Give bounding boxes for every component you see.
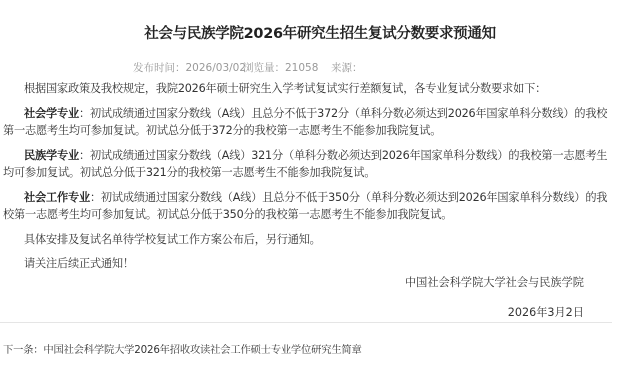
publish-date-value: 2026/03/02 [186, 62, 247, 74]
next-title[interactable]: 中国社会科学院大学2026年招收攻读社会工作硕士专业学位研究生简章 [43, 344, 361, 356]
divider [0, 322, 612, 323]
publish-date: 发布时间：2026/03/02 [133, 60, 246, 75]
major-paragraph-sociology: 社会学专业：初试成绩通过国家分数线（A线）且总分不低于372分（单科分数必须达到… [3, 105, 609, 140]
article-title: 社会与民族学院2026年研究生招生复试分数要求预通知 [0, 22, 640, 43]
views-label: 浏览量： [243, 62, 285, 74]
major-text: ：初试成绩通过国家分数线（A线）且总分不低于372分（单科分数必须达到2026年… [3, 107, 607, 138]
next-label: 下一条： [3, 344, 43, 356]
closing-paragraph: 请关注后续正式通知！ [3, 255, 609, 273]
article-body: 根据国家政策及我校规定，我院2026年硕士研究生入学考试复试实行差额复试，各专业… [3, 80, 609, 280]
major-text: ：初试成绩通过国家分数线（A线）且总分不低于350分（单科分数必须达到2026年… [3, 191, 607, 222]
major-name: 社会工作专业 [24, 191, 90, 204]
article-page: 社会与民族学院2026年研究生招生复试分数要求预通知 发布时间：2026/03/… [0, 0, 612, 365]
arrangement-paragraph: 具体安排及复试名单待学校复试工作方案公布后，另行通知。 [3, 231, 609, 249]
signature-date: 2026年3月2日 [508, 304, 584, 320]
intro-paragraph: 根据国家政策及我校规定，我院2026年硕士研究生入学考试复试实行差额复试，各专业… [3, 80, 609, 98]
major-text: ：初试成绩通过国家分数线（A线）321分（单科分数必须达到2026年国家单科分数… [3, 149, 607, 180]
major-paragraph-ethnology: 民族学专业：初试成绩通过国家分数线（A线）321分（单科分数必须达到2026年国… [3, 147, 609, 182]
view-count: 浏览量：21058 [243, 60, 318, 75]
views-value: 21058 [285, 62, 318, 74]
major-name: 民族学专业 [24, 149, 79, 162]
major-paragraph-social-work: 社会工作专业：初试成绩通过国家分数线（A线）且总分不低于350分（单科分数必须达… [3, 189, 609, 224]
major-name: 社会学专业 [24, 107, 79, 120]
publish-label: 发布时间： [133, 62, 186, 74]
signature: 中国社会科学院大学社会与民族学院 [405, 274, 584, 290]
source-label: 来源： [331, 62, 363, 74]
source: 来源： [331, 60, 363, 75]
next-article-link[interactable]: 下一条：中国社会科学院大学2026年招收攻读社会工作硕士专业学位研究生简章 [3, 341, 362, 356]
